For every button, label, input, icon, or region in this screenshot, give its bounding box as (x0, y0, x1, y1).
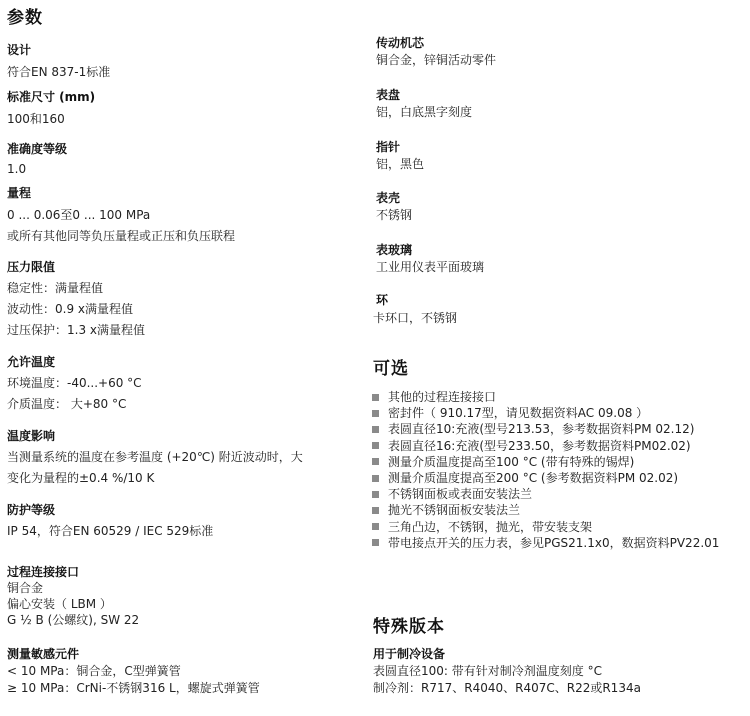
list-item: 测量介质温度提高至200 °C (参考数据资料PM 02.02) (372, 470, 719, 486)
label-pointer: 指针 (376, 138, 400, 155)
value-movement: 铜合金，锌铜活动零件 (376, 51, 496, 68)
list-item: 三角凸边，不锈钢，抛光，带安装支架 (372, 519, 719, 535)
value-process-connection-2: 偏心安装（ LBM ） (7, 595, 112, 612)
value-ambient-temperature: 环境温度：-40...+60 °C (7, 374, 142, 391)
value-window: 工业用仪表平面玻璃 (376, 258, 484, 275)
value-pressure-overload: 过压保护：1.3 x满量程值 (7, 321, 145, 338)
list-item: 不锈钢面板或表面安装法兰 (372, 486, 719, 502)
label-pressure-element: 测量敏感元件 (7, 645, 79, 662)
options-list: 其他的过程连接接口 密封件（ 910.17型，请见数据资料AC 09.08 ） … (372, 389, 719, 551)
list-item: 抛光不锈钢面板安装法兰 (372, 502, 719, 518)
value-refrigeration-2: 制冷剂：R717、R4040、R407C、R22或R134a (373, 679, 641, 696)
bullet-square-icon (372, 539, 379, 546)
bullet-square-icon (372, 394, 379, 401)
value-pressure-element-1: < 10 MPa：铜合金，C型弹簧管 (7, 662, 181, 679)
value-nominal-size: 100和160 (7, 110, 65, 127)
label-design: 设计 (7, 41, 31, 58)
bullet-square-icon (372, 410, 379, 417)
label-ingress-protection: 防护等级 (7, 501, 55, 518)
label-pressure-limits: 压力限值 (7, 258, 55, 275)
label-range: 量程 (7, 184, 31, 201)
label-window: 表玻璃 (376, 241, 412, 258)
value-medium-temperature: 介质温度： 大+80 °C (7, 395, 126, 412)
value-design: 符合EN 837-1标准 (7, 63, 110, 80)
label-ring: 环 (376, 291, 388, 308)
label-case: 表壳 (376, 189, 400, 206)
section-title-parameters: 参数 (7, 3, 43, 28)
value-process-connection-1: 铜合金 (7, 579, 43, 596)
list-item: 密封件（ 910.17型，请见数据资料AC 09.08 ） (372, 405, 719, 421)
value-process-connection-3: G ½ B (公螺纹), SW 22 (7, 611, 139, 628)
value-temperature-effect-2: 变化为量程的±0.4 %/10 K (7, 469, 154, 486)
list-item: 其他的过程连接接口 (372, 389, 719, 405)
list-item: 测量介质温度提高至100 °C (带有特殊的锡焊) (372, 454, 719, 470)
value-pressure-fluctuating: 波动性：0.9 x满量程值 (7, 300, 133, 317)
bullet-square-icon (372, 507, 379, 514)
section-title-options: 可选 (373, 354, 409, 379)
section-title-special-version: 特殊版本 (373, 612, 445, 637)
value-temperature-effect-1: 当测量系统的温度在参考温度 (+20℃) 附近波动时，大 (7, 448, 303, 465)
value-ingress-protection: IP 54，符合EN 60529 / IEC 529标准 (7, 522, 213, 539)
bullet-square-icon (372, 442, 379, 449)
list-item: 带电接点开关的压力表，参见PGS21.1x0，数据资料PV22.01 (372, 535, 719, 551)
value-dial: 铝，白底黑字刻度 (376, 103, 472, 120)
label-dial: 表盘 (376, 86, 400, 103)
value-pointer: 铝，黑色 (376, 155, 424, 172)
label-process-connection: 过程连接接口 (7, 563, 79, 580)
value-ring: 卡环口，不锈钢 (373, 309, 457, 326)
bullet-square-icon (372, 475, 379, 482)
value-pressure-element-2: ≥ 10 MPa：CrNi-不锈钢316 L，螺旋式弹簧管 (7, 679, 260, 696)
label-nominal-size: 标准尺寸 (mm) (7, 88, 95, 105)
bullet-square-icon (372, 426, 379, 433)
value-refrigeration-1: 表圆直径100: 带有针对制冷剂温度刻度 °C (373, 662, 602, 679)
bullet-square-icon (372, 458, 379, 465)
list-item: 表圆直径10:充液(型号213.53，参考数据资料PM 02.12) (372, 421, 719, 437)
bullet-square-icon (372, 491, 379, 498)
bullet-square-icon (372, 523, 379, 530)
value-case: 不锈钢 (376, 206, 412, 223)
value-accuracy-class: 1.0 (7, 162, 26, 176)
value-range-1: 0 ... 0.06至0 ... 100 MPa (7, 206, 150, 223)
value-pressure-steady: 稳定性：满量程值 (7, 279, 103, 296)
label-refrigeration: 用于制冷设备 (373, 645, 445, 662)
label-movement: 传动机芯 (376, 34, 424, 51)
list-item: 表圆直径16:充液(型号233.50，参考数据资料PM02.02) (372, 438, 719, 454)
label-temperature-effect: 温度影响 (7, 427, 55, 444)
label-accuracy-class: 准确度等级 (7, 140, 67, 157)
value-range-2: 或所有其他同等负压量程或正压和负压联程 (7, 227, 235, 244)
label-permissible-temperature: 允许温度 (7, 353, 55, 370)
